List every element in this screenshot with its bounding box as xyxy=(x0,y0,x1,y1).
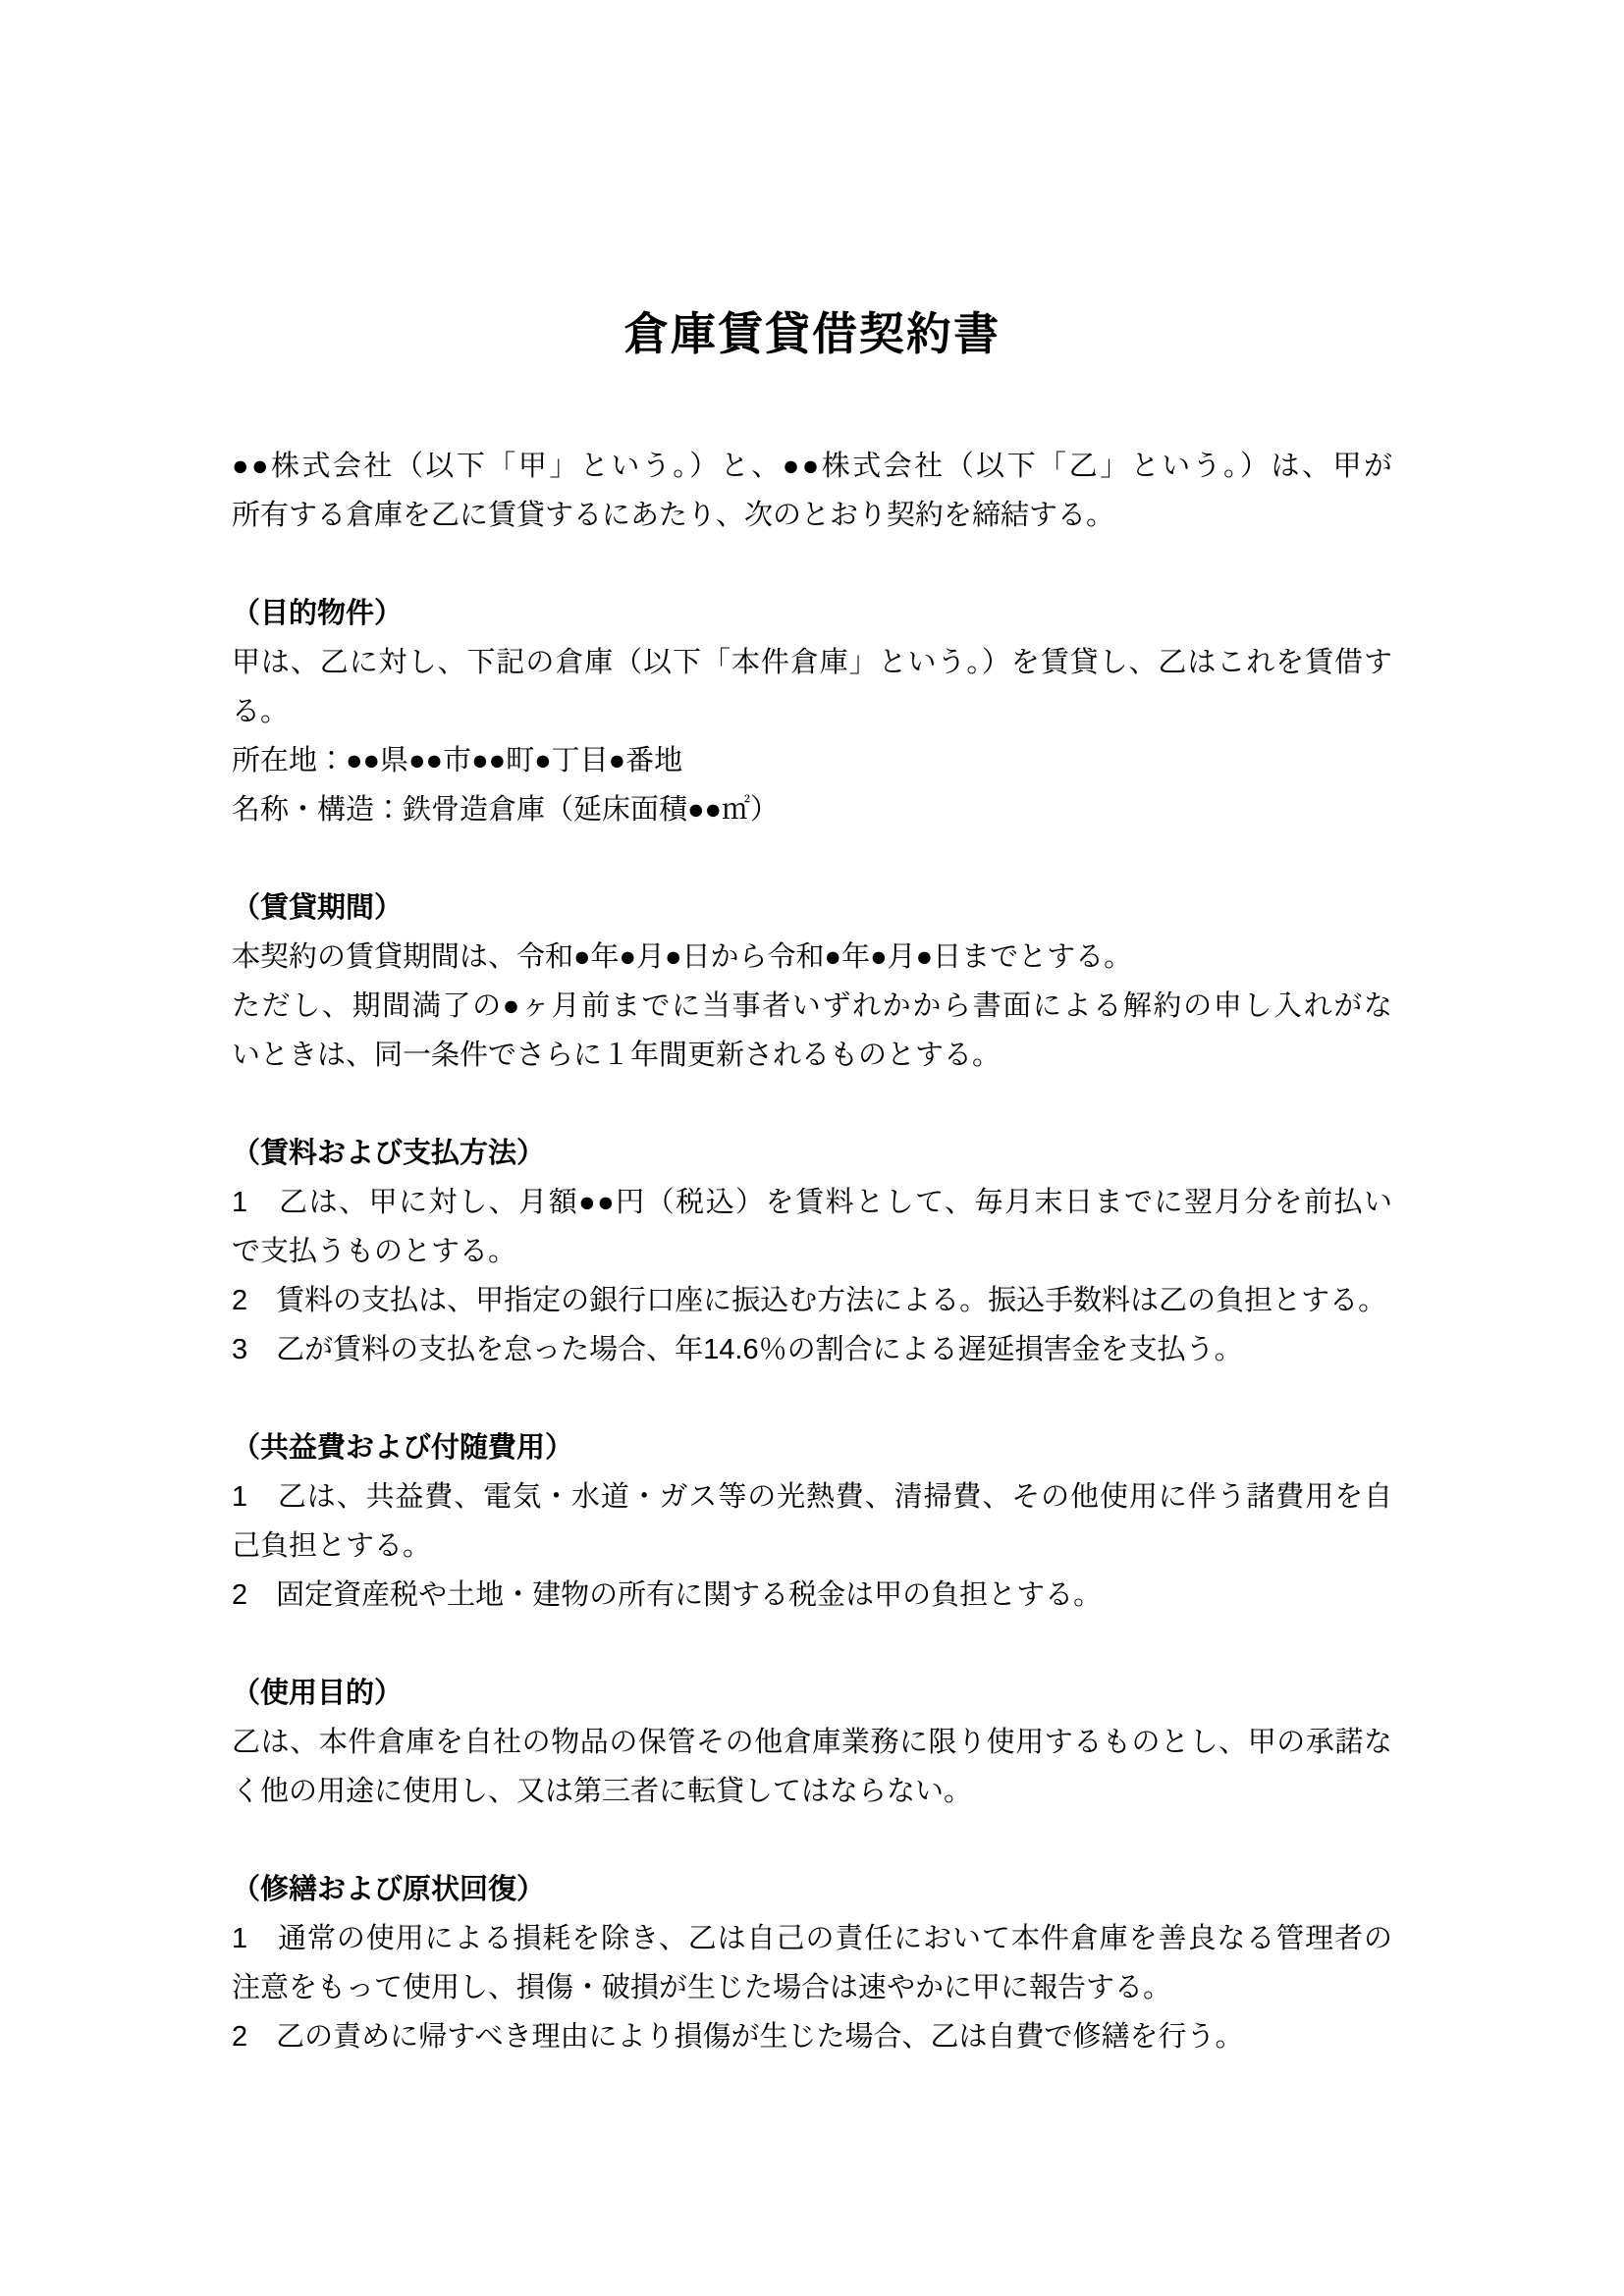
text-line: 2 固定資産税や土地・建物の所有に関する税金は甲の負担とする。 xyxy=(232,1571,1392,1620)
section-heading: （目的物件） xyxy=(232,589,1392,638)
contract-section: （共益費および付随費用） 1 乙は、共益費、電気・水道・ガス等の光熱費、清掃費、… xyxy=(232,1423,1392,1620)
text-line: る。 xyxy=(232,687,1392,736)
text-line: ●●株式会社（以下「甲」という。）と、●●株式会社（以下「乙」という。）は、甲が xyxy=(232,442,1392,491)
contract-section: （目的物件） 甲は、乙に対し、下記の倉庫（以下「本件倉庫」という。）を賃貸し、乙… xyxy=(232,589,1392,834)
contract-section: （賃料および支払方法） 1 乙は、甲に対し、月額●●円（税込）を賃料として、毎月… xyxy=(232,1129,1392,1374)
text-line: 所有する倉庫を乙に賃貸するにあたり、次のとおり契約を締結する。 xyxy=(232,491,1392,540)
text-line: 1 乙は、甲に対し、月額●●円（税込）を賃料として、毎月末日までに翌月分を前払い xyxy=(232,1178,1392,1227)
text-line: 3 乙が賃料の支払を怠った場合、年14.6％の割合による遅延損害金を支払う。 xyxy=(232,1325,1392,1374)
text-line: 1 通常の使用による損耗を除き、乙は自己の責任において本件倉庫を善良なる管理者の xyxy=(232,1914,1392,1963)
contract-section: ●●株式会社（以下「甲」という。）と、●●株式会社（以下「乙」という。）は、甲が… xyxy=(232,442,1392,540)
section-heading: （賃料および支払方法） xyxy=(232,1129,1392,1178)
text-line: く他の用途に使用し、又は第三者に転貸してはならない。 xyxy=(232,1767,1392,1816)
text-line: 己負担とする。 xyxy=(232,1522,1392,1571)
text-line: いときは、同一条件でさらに１年間更新されるものとする。 xyxy=(232,1031,1392,1080)
contract-section: （使用目的） 乙は、本件倉庫を自社の物品の保管その他倉庫業務に限り使用するものと… xyxy=(232,1669,1392,1816)
text-line: ただし、期間満了の●ヶ月前までに当事者いずれかから書面による解約の申し入れがな xyxy=(232,982,1392,1031)
text-line: 本契約の賃貸期間は、令和●年●月●日から令和●年●月●日までとする。 xyxy=(232,933,1392,982)
document-body: ●●株式会社（以下「甲」という。）と、●●株式会社（以下「乙」という。）は、甲が… xyxy=(232,442,1392,2061)
text-line: 所在地：●●県●●市●●町●丁目●番地 xyxy=(232,736,1392,785)
text-line: 2 賃料の支払は、甲指定の銀行口座に振込む方法による。振込手数料は乙の負担とする… xyxy=(232,1276,1392,1325)
section-heading: （使用目的） xyxy=(232,1669,1392,1718)
text-line: 1 乙は、共益費、電気・水道・ガス等の光熱費、清掃費、その他使用に伴う諸費用を自 xyxy=(232,1472,1392,1522)
text-line: 乙は、本件倉庫を自社の物品の保管その他倉庫業務に限り使用するものとし、甲の承諾な xyxy=(232,1718,1392,1767)
text-line: 名称・構造：鉄骨造倉庫（延床面積●●㎡） xyxy=(232,785,1392,834)
section-heading: （修繕および原状回復） xyxy=(232,1865,1392,1914)
document-title: 倉庫賃貸借契約書 xyxy=(232,294,1392,393)
text-line: 注意をもって使用し、損傷・破損が生じた場合は速やかに甲に報告する。 xyxy=(232,1963,1392,2012)
document-page: 倉庫賃貸借契約書 ●●株式会社（以下「甲」という。）と、●●株式会社（以下「乙」… xyxy=(0,0,1624,2296)
text-line: 2 乙の責めに帰すべき理由により損傷が生じた場合、乙は自費で修繕を行う。 xyxy=(232,2012,1392,2061)
text-line: 甲は、乙に対し、下記の倉庫（以下「本件倉庫」という。）を賃貸し、乙はこれを賃借す xyxy=(232,638,1392,687)
section-heading: （共益費および付随費用） xyxy=(232,1423,1392,1472)
text-line: で支払うものとする。 xyxy=(232,1227,1392,1276)
contract-section: （賃貸期間） 本契約の賃貸期間は、令和●年●月●日から令和●年●月●日までとする… xyxy=(232,883,1392,1080)
contract-section: （修繕および原状回復） 1 通常の使用による損耗を除き、乙は自己の責任において本… xyxy=(232,1865,1392,2061)
section-heading: （賃貸期間） xyxy=(232,883,1392,933)
